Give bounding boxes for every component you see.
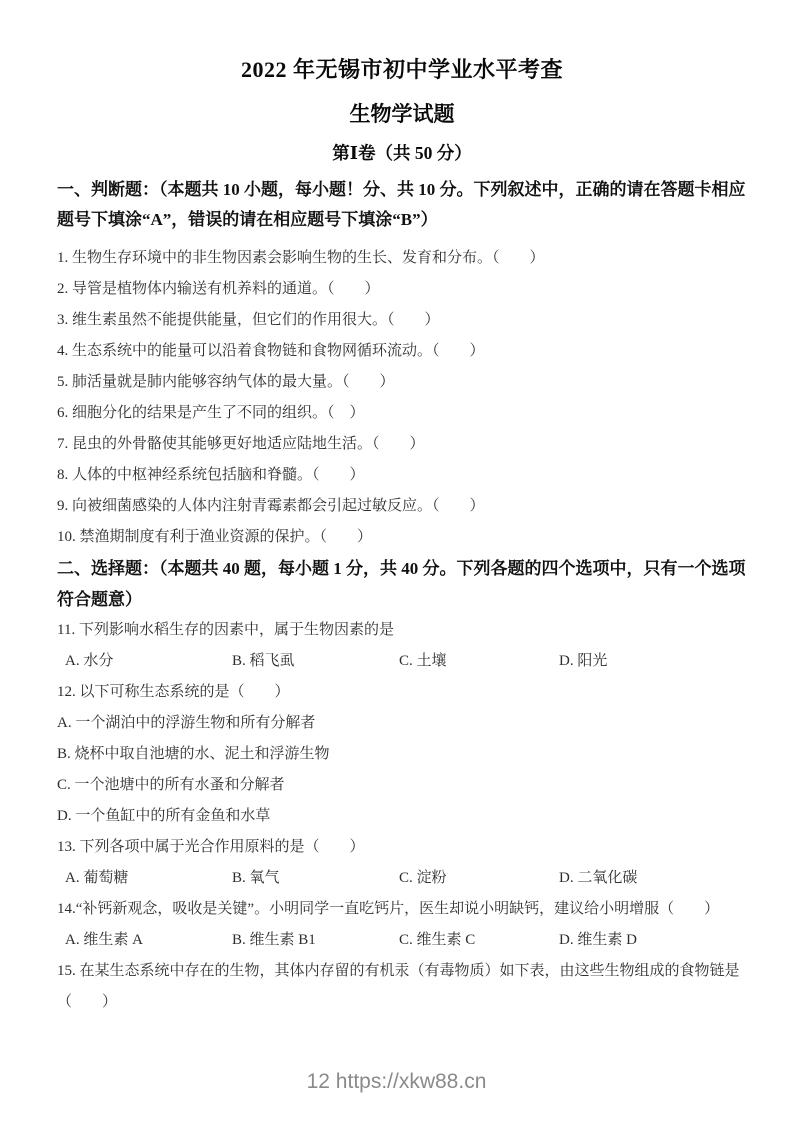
option-q12-A: A. 一个湖泊中的浮游生物和所有分解者	[57, 708, 747, 739]
choice-question-14: 14.“补钙新观念，吸收是关键”。小明同学一直吃钙片，医生却说小明缺钙，建议给小…	[57, 894, 747, 925]
option-q12-B: B. 烧杯中取自池塘的水、泥土和浮游生物	[57, 739, 747, 770]
option-q14-A: A. 维生素 A	[65, 925, 232, 956]
judgement-question-8: 8. 人体的中枢神经系统包括脑和脊髓。（ ）	[57, 460, 747, 491]
option-q13-C: C. 淀粉	[399, 863, 559, 894]
choice-question-11: 11. 下列影响水稻生存的因素中，属于生物因素的是	[57, 615, 747, 646]
judgement-question-9: 9. 向被细菌感染的人体内注射青霉素都会引起过敏反应。（ ）	[57, 491, 747, 522]
option-q13-D: D. 二氧化碳	[559, 863, 747, 894]
option-q13-B: B. 氧气	[232, 863, 399, 894]
choice-question-15: 15. 在某生态系统中存在的生物，其体内存留的有机汞（有毒物质）如下表，由这些生…	[57, 956, 747, 987]
choice-question-12: 12. 以下可称生态系统的是（ ）	[57, 677, 747, 708]
section1-questions: 1. 生物生存环境中的非生物因素会影响生物的生长、发育和分布。（ ）2. 导管是…	[57, 243, 747, 553]
option-q12-D: D. 一个鱼缸中的所有金鱼和水草	[57, 801, 747, 832]
choice-question-15-cont: （ ）	[57, 987, 747, 1018]
option-q11-C: C. 土壤	[399, 646, 559, 677]
option-q11-A: A. 水分	[65, 646, 232, 677]
page-title: 2022 年无锡市初中学业水平考查	[57, 56, 747, 84]
section2-heading-line2: 符合题意）	[57, 584, 747, 615]
option-q14-D: D. 维生素 D	[559, 925, 747, 956]
judgement-question-4: 4. 生态系统中的能量可以沿着食物链和食物网循环流动。（ ）	[57, 336, 747, 367]
judgement-question-3: 3. 维生素虽然不能提供能量，但它们的作用很大。（ ）	[57, 305, 747, 336]
judgement-question-10: 10. 禁渔期制度有利于渔业资源的保护。（ ）	[57, 522, 747, 553]
option-q14-B: B. 维生素 B1	[232, 925, 399, 956]
section2-questions: 11. 下列影响水稻生存的因素中，属于生物因素的是A. 水分B. 稻飞虱C. 土…	[57, 615, 747, 1018]
option-q12-C: C. 一个池塘中的所有水蚤和分解者	[57, 770, 747, 801]
section1-heading-line1: 一、判断题：（本题共 10 小题，每小题！分、共 10 分。下列叙述中，正确的请…	[57, 175, 747, 205]
option-q11-B: B. 稻飞虱	[232, 646, 399, 677]
page-subtitle: 生物学试题	[57, 101, 747, 127]
exam-page: 2022 年无锡市初中学业水平考查 生物学试题 第Ⅰ卷（共 50 分） 一、判断…	[0, 0, 793, 1122]
judgement-question-1: 1. 生物生存环境中的非生物因素会影响生物的生长、发育和分布。（ ）	[57, 243, 747, 274]
section2-heading-line1: 二、选择题：（本题共 40 题，每小题 1 分，共 40 分。下列各题的四个选项…	[57, 553, 747, 584]
option-q14-C: C. 维生素 C	[399, 925, 559, 956]
judgement-question-6: 6. 细胞分化的结果是产生了不同的组织。（ ）	[57, 398, 747, 429]
judgement-question-7: 7. 昆虫的外骨骼使其能够更好地适应陆地生活。（ ）	[57, 429, 747, 460]
volume-heading: 第Ⅰ卷（共 50 分）	[57, 142, 747, 164]
option-q11-D: D. 阳光	[559, 646, 747, 677]
judgement-question-2: 2. 导管是植物体内输送有机养料的通道。（ ）	[57, 274, 747, 305]
options-row-q13: A. 葡萄糖B. 氧气C. 淀粉D. 二氧化碳	[57, 863, 747, 894]
section1-heading: 一、判断题：（本题共 10 小题，每小题！分、共 10 分。下列叙述中，正确的请…	[57, 175, 747, 235]
page-footer-text: 12 https://xkw88.cn	[0, 1070, 793, 1094]
section2: 二、选择题：（本题共 40 题，每小题 1 分，共 40 分。下列各题的四个选项…	[57, 553, 747, 1018]
option-q13-A: A. 葡萄糖	[65, 863, 232, 894]
options-row-q11: A. 水分B. 稻飞虱C. 土壤D. 阳光	[57, 646, 747, 677]
section1-heading-line2: 题号下填涂“A”，错误的请在相应题号下填涂“B”）	[57, 205, 747, 235]
options-row-q14: A. 维生素 AB. 维生素 B1C. 维生素 CD. 维生素 D	[57, 925, 747, 956]
choice-question-13: 13. 下列各项中属于光合作用原料的是（ ）	[57, 832, 747, 863]
judgement-question-5: 5. 肺活量就是肺内能够容纳气体的最大量。（ ）	[57, 367, 747, 398]
